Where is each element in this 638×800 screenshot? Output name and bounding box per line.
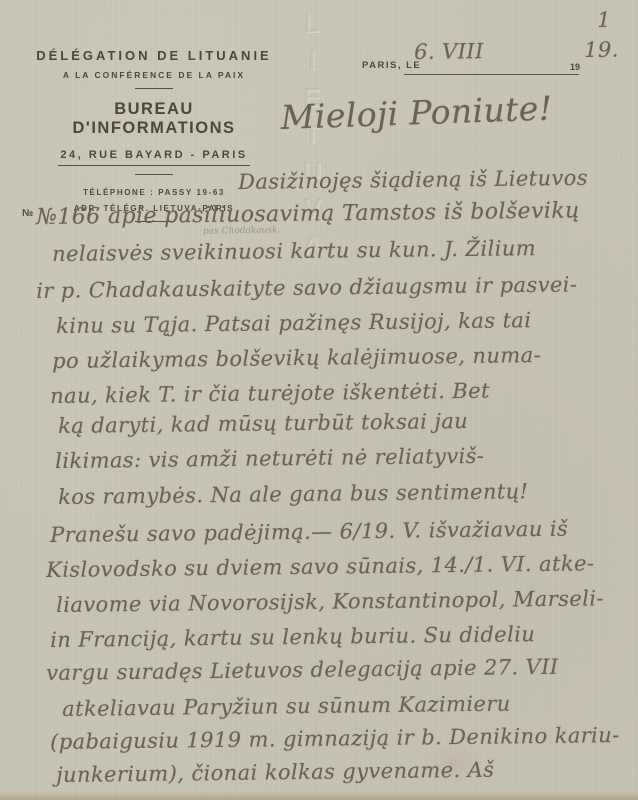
letterhead-bureau: BUREAU D'INFORMATIONS xyxy=(34,100,274,138)
handwriting-line: vargu suradęs Lietuvos delegaciją apie 2… xyxy=(46,655,559,685)
salutation: Mieloji Poniute! xyxy=(280,89,553,137)
handwriting-line: Dasižinojęs šiądieną iš Lietuvos xyxy=(238,166,588,194)
handwriting-line: kos ramybės. Na ale gana bus sentimentų! xyxy=(58,479,529,509)
letterhead-conference: A LA CONFÉRENCE DE LA PAIX xyxy=(34,70,274,80)
handwriting-line: kinu su Tąja. Patsai pažinęs Rusijoj, ka… xyxy=(56,308,532,338)
letterhead-address: 24, RUE BAYARD - PARIS xyxy=(58,149,249,166)
handwriting-line: (pabaigusiu 1919 m. gimnaziją ir b. Deni… xyxy=(50,723,620,754)
handwriting-line: ir p. Chadakauskaityte savo džiaugsmu ir… xyxy=(36,272,577,303)
handwritten-year: 19. xyxy=(584,38,619,62)
handwriting-line: nelaisvės sveikinuosi kartu su kun. J. Ž… xyxy=(52,236,536,266)
page-number: 1 xyxy=(597,8,611,32)
margin-no-label: № xyxy=(22,208,33,219)
letterhead: DÉLÉGATION DE LITUANIE A LA CONFÉRENCE D… xyxy=(34,48,274,222)
handwriting-line: nau, kiek T. ir čia turėjote iškentėti. … xyxy=(50,379,490,408)
letterhead-divider xyxy=(135,88,173,89)
handwriting-line: Kislovodsko su dviem savo sūnais, 14./1.… xyxy=(46,551,594,582)
handwritten-date: 6. VIII xyxy=(414,39,484,64)
dateline-prefix: PARIS, LE xyxy=(362,60,421,71)
handwriting-line: ką daryti, kad mūsų turbūt toksai jau xyxy=(58,409,468,438)
letterhead-divider xyxy=(135,174,173,175)
dateline-underline xyxy=(404,74,579,75)
handwriting-line: №166 apie pasiliuosavimą Tamstos iš bolš… xyxy=(36,198,580,230)
paper-stain xyxy=(418,742,488,787)
handwriting-line: po užlaikymas bolševikų kalėjimuose, num… xyxy=(52,343,541,373)
letterhead-org: DÉLÉGATION DE LITUANIE xyxy=(34,48,274,63)
handwriting-line: in Franciją, kartu su lenkų buriu. Su di… xyxy=(50,622,535,652)
letter-page: LIETUVA DÉLÉGATION DE LITUANIE A LA CONF… xyxy=(0,0,638,800)
handwriting-line: atkeliavau Paryžiun su sūnum Kazimieru xyxy=(62,692,511,721)
handwriting-line: likimas: vis amži neturėti nė reliatyviš… xyxy=(55,444,484,473)
handwriting-line: Pranešu savo padėjimą.— 6/19. V. išvažia… xyxy=(50,517,568,547)
handwriting-line: liavome via Novorosijsk, Konstantinopol,… xyxy=(56,586,604,617)
dateline-year-printed: 19 xyxy=(570,62,580,72)
